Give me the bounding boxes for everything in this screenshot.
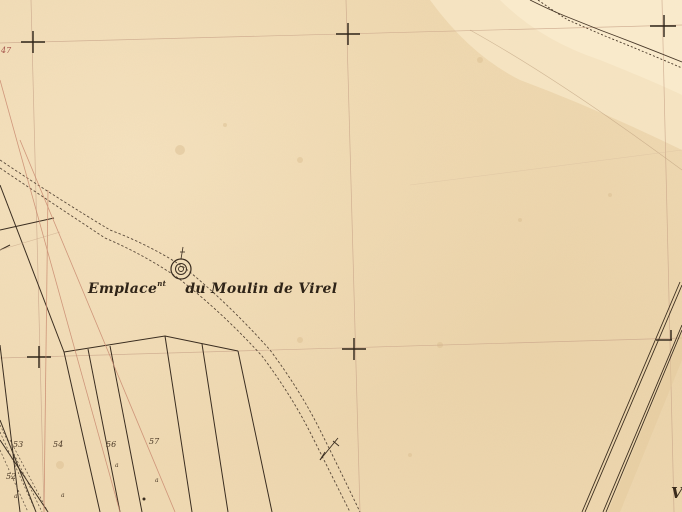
parcel-number: 57 — [149, 437, 159, 446]
parcel-mark: a — [14, 493, 18, 500]
map-linework — [0, 0, 682, 512]
parcel-number: 54 — [53, 440, 63, 449]
parcel-number: 52 — [6, 472, 16, 481]
label-prefix: Emplace — [88, 281, 157, 297]
parcel-mark: a — [155, 477, 159, 484]
edge-reference-number: 47 — [1, 46, 11, 55]
survey-dot — [143, 498, 146, 501]
label-rest: du Moulin de Virel — [180, 281, 337, 297]
label-abbrev: nt — [157, 279, 166, 288]
mill-site-label: Emplacent du Moulin de Virel — [88, 279, 337, 297]
parcel-mark: a — [61, 492, 65, 499]
parcel-number: 56 — [106, 440, 116, 449]
parcel-mark: a — [115, 462, 119, 469]
cadastral-map: Emplacent du Moulin de Virel 53 54 56 57… — [0, 0, 682, 512]
parcel-number: 53 — [13, 440, 23, 449]
edge-letter: V — [671, 484, 682, 502]
